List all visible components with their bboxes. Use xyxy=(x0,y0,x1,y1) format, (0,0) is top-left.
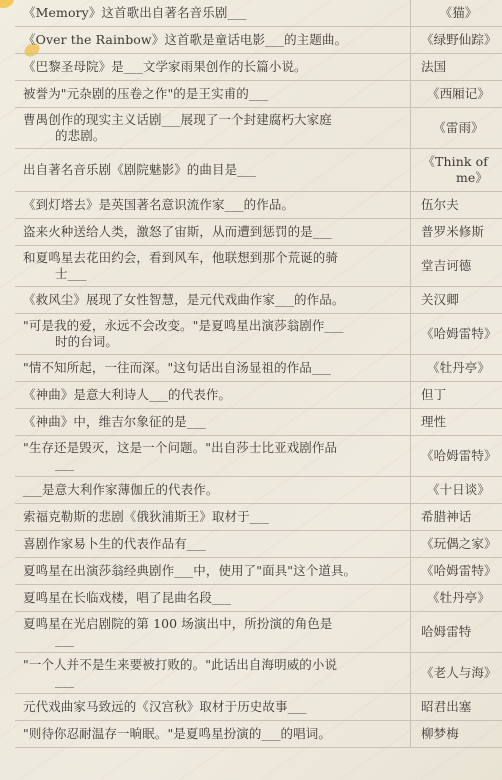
answer-cell: 《玩偶之家》 xyxy=(411,531,502,558)
question-cell: 《Memory》这首歌出自著名音乐剧___ xyxy=(15,0,411,27)
question-cell: 喜剧作家易卜生的代表作品有___ xyxy=(15,531,411,558)
question-text: "生存还是毁灭，这是一个问题。"出自莎士比亚戏剧作品 xyxy=(23,440,404,456)
question-cell: "生存还是毁灭，这是一个问题。"出自莎士比亚戏剧作品___ xyxy=(15,436,411,477)
question-text-continued: 士___ xyxy=(23,266,404,282)
answer-cell: 《雷雨》 xyxy=(411,108,502,149)
answer-cell: 《绿野仙踪》 xyxy=(411,27,502,54)
table-row: 《救风尘》展现了女性智慧，是元代戏曲作家___的作品。关汉卿 xyxy=(15,287,502,314)
question-text: 《巴黎圣母院》是___文学家雨果创作的长篇小说。 xyxy=(23,59,404,75)
question-text: 《神曲》中，维吉尔象征的是___ xyxy=(23,414,404,430)
answer-cell: 哈姆雷特 xyxy=(411,612,502,653)
answer-cell: 《哈姆雷特》 xyxy=(411,436,502,477)
answer-cell: 但丁 xyxy=(411,382,502,409)
table-row: 盗来火种送给人类，激怒了宙斯，从而遭到惩罚的是___普罗米修斯 xyxy=(15,219,502,246)
table-row: 出自著名音乐剧《剧院魅影》的曲目是___《Think of me》 xyxy=(15,149,502,192)
question-text: 《神曲》是意大利诗人___的代表作。 xyxy=(23,387,404,403)
question-cell: 夏鸣星在光启剧院的第 100 场演出中，所扮演的角色是___ xyxy=(15,612,411,653)
table-row: "生存还是毁灭，这是一个问题。"出自莎士比亚戏剧作品___《哈姆雷特》 xyxy=(15,436,502,477)
question-cell: "情不知所起，一往而深。"这句话出自汤显祖的作品___ xyxy=(15,355,411,382)
question-cell: 《救风尘》展现了女性智慧，是元代戏曲作家___的作品。 xyxy=(15,287,411,314)
table-row: "一个人并不是生来要被打败的。"此话出自海明威的小说___《老人与海》 xyxy=(15,653,502,694)
table-row: 和夏鸣星去花田约会，看到风车，他联想到那个荒诞的骑士___堂吉诃德 xyxy=(15,246,502,287)
question-text: 元代戏曲家马致远的《汉宫秋》取材于历史故事___ xyxy=(23,699,404,715)
question-cell: 《到灯塔去》是英国著名意识流作家___的作品。 xyxy=(15,192,411,219)
question-text: "可是我的爱，永远不会改变。"是夏鸣星出演莎翁剧作___ xyxy=(23,318,404,334)
answer-cell: 《牡丹亭》 xyxy=(411,585,502,612)
answer-cell: 《西厢记》 xyxy=(411,81,502,108)
question-text: 《救风尘》展现了女性智慧，是元代戏曲作家___的作品。 xyxy=(23,292,404,308)
question-text: 曹禺创作的现实主义话剧___展现了一个封建腐朽大家庭 xyxy=(23,112,404,128)
answer-cell: 关汉卿 xyxy=(411,287,502,314)
answer-cell: 普罗米修斯 xyxy=(411,219,502,246)
question-text: 夏鸣星在光启剧院的第 100 场演出中，所扮演的角色是 xyxy=(23,616,404,632)
question-cell: 曹禺创作的现实主义话剧___展现了一个封建腐朽大家庭的悲剧。 xyxy=(15,108,411,149)
table-row: 曹禺创作的现实主义话剧___展现了一个封建腐朽大家庭的悲剧。《雷雨》 xyxy=(15,108,502,149)
question-cell: 《Over the Rainbow》这首歌是童话电影___的主题曲。 xyxy=(15,27,411,54)
answer-cell: 《老人与海》 xyxy=(411,653,502,694)
question-text: "一个人并不是生来要被打败的。"此话出自海明威的小说 xyxy=(23,657,404,673)
question-text: 夏鸣星在出演莎翁经典剧作___中，使用了"面具"这个道具。 xyxy=(23,563,404,579)
question-cell: ___是意大利作家薄伽丘的代表作。 xyxy=(15,477,411,504)
question-cell: 元代戏曲家马致远的《汉宫秋》取材于历史故事___ xyxy=(15,694,411,721)
question-text: 盗来火种送给人类，激怒了宙斯，从而遭到惩罚的是___ xyxy=(23,224,404,240)
answer-cell: 希腊神话 xyxy=(411,504,502,531)
answer-cell: 法国 xyxy=(411,54,502,81)
quiz-answer-table: 《Memory》这首歌出自著名音乐剧___《猫》《Over the Rainbo… xyxy=(15,0,502,748)
question-cell: 《神曲》中，维吉尔象征的是___ xyxy=(15,409,411,436)
question-cell: "可是我的爱，永远不会改变。"是夏鸣星出演莎翁剧作___时的台词。 xyxy=(15,314,411,355)
question-cell: 《神曲》是意大利诗人___的代表作。 xyxy=(15,382,411,409)
table-row: "情不知所起，一往而深。"这句话出自汤显祖的作品___《牡丹亭》 xyxy=(15,355,502,382)
question-text: 索福克勒斯的悲剧《俄狄浦斯王》取材于___ xyxy=(23,509,404,525)
table-row: 《Memory》这首歌出自著名音乐剧___《猫》 xyxy=(15,0,502,27)
question-cell: 《巴黎圣母院》是___文学家雨果创作的长篇小说。 xyxy=(15,54,411,81)
answer-cell: 《牡丹亭》 xyxy=(411,355,502,382)
question-cell: 夏鸣星在长临戏楼，唱了昆曲名段___ xyxy=(15,585,411,612)
question-text: "则待你忍耐温存一晌眠。"是夏鸣星扮演的___的唱词。 xyxy=(23,726,404,742)
answer-cell: 堂吉诃德 xyxy=(411,246,502,287)
answer-cell: 《Think of me》 xyxy=(411,149,502,192)
question-cell: 夏鸣星在出演莎翁经典剧作___中，使用了"面具"这个道具。 xyxy=(15,558,411,585)
table-row: 《神曲》是意大利诗人___的代表作。但丁 xyxy=(15,382,502,409)
answer-cell: 《哈姆雷特》 xyxy=(411,558,502,585)
question-cell: 索福克勒斯的悲剧《俄狄浦斯王》取材于___ xyxy=(15,504,411,531)
question-text: 被誉为"元杂剧的压卷之作"的是王实甫的___ xyxy=(23,86,404,102)
table-row: 喜剧作家易卜生的代表作品有___《玩偶之家》 xyxy=(15,531,502,558)
answer-cell: 理性 xyxy=(411,409,502,436)
question-text: 出自著名音乐剧《剧院魅影》的曲目是___ xyxy=(23,162,404,178)
table-row: 《巴黎圣母院》是___文学家雨果创作的长篇小说。法国 xyxy=(15,54,502,81)
question-text-continued: 的悲剧。 xyxy=(23,128,404,144)
question-cell: "则待你忍耐温存一晌眠。"是夏鸣星扮演的___的唱词。 xyxy=(15,721,411,748)
question-text: ___是意大利作家薄伽丘的代表作。 xyxy=(23,482,404,498)
table-row: 元代戏曲家马致远的《汉宫秋》取材于历史故事___昭君出塞 xyxy=(15,694,502,721)
answer-cell: 《哈姆雷特》 xyxy=(411,314,502,355)
decorative-sticker xyxy=(0,0,14,8)
table-row: "可是我的爱，永远不会改变。"是夏鸣星出演莎翁剧作___时的台词。《哈姆雷特》 xyxy=(15,314,502,355)
table-row: 《神曲》中，维吉尔象征的是___理性 xyxy=(15,409,502,436)
answer-cell: 伍尔夫 xyxy=(411,192,502,219)
question-text-continued: ___ xyxy=(23,456,404,472)
table-row: 《Over the Rainbow》这首歌是童话电影___的主题曲。《绿野仙踪》 xyxy=(15,27,502,54)
question-text: 夏鸣星在长临戏楼，唱了昆曲名段___ xyxy=(23,590,404,606)
question-text: "情不知所起，一往而深。"这句话出自汤显祖的作品___ xyxy=(23,360,404,376)
table-row: ___是意大利作家薄伽丘的代表作。《十日谈》 xyxy=(15,477,502,504)
answer-cell: 柳梦梅 xyxy=(411,721,502,748)
question-text: 和夏鸣星去花田约会，看到风车，他联想到那个荒诞的骑 xyxy=(23,250,404,266)
question-text: 喜剧作家易卜生的代表作品有___ xyxy=(23,536,404,552)
question-text: 《Memory》这首歌出自著名音乐剧___ xyxy=(23,5,404,21)
table-row: 夏鸣星在光启剧院的第 100 场演出中，所扮演的角色是___哈姆雷特 xyxy=(15,612,502,653)
table-row: 夏鸣星在出演莎翁经典剧作___中，使用了"面具"这个道具。《哈姆雷特》 xyxy=(15,558,502,585)
question-text: 《Over the Rainbow》这首歌是童话电影___的主题曲。 xyxy=(23,32,404,48)
answer-cell: 《十日谈》 xyxy=(411,477,502,504)
question-text-continued: ___ xyxy=(23,632,404,648)
table-row: 《到灯塔去》是英国著名意识流作家___的作品。伍尔夫 xyxy=(15,192,502,219)
answer-cell: 《猫》 xyxy=(411,0,502,27)
answer-cell: 昭君出塞 xyxy=(411,694,502,721)
question-text-continued: 时的台词。 xyxy=(23,334,404,350)
table-row: 夏鸣星在长临戏楼，唱了昆曲名段___《牡丹亭》 xyxy=(15,585,502,612)
table-row: "则待你忍耐温存一晌眠。"是夏鸣星扮演的___的唱词。柳梦梅 xyxy=(15,721,502,748)
question-cell: 和夏鸣星去花田约会，看到风车，他联想到那个荒诞的骑士___ xyxy=(15,246,411,287)
table-row: 索福克勒斯的悲剧《俄狄浦斯王》取材于___希腊神话 xyxy=(15,504,502,531)
question-cell: "一个人并不是生来要被打败的。"此话出自海明威的小说___ xyxy=(15,653,411,694)
question-text-continued: ___ xyxy=(23,673,404,689)
question-cell: 被誉为"元杂剧的压卷之作"的是王实甫的___ xyxy=(15,81,411,108)
question-cell: 出自著名音乐剧《剧院魅影》的曲目是___ xyxy=(15,149,411,192)
question-cell: 盗来火种送给人类，激怒了宙斯，从而遭到惩罚的是___ xyxy=(15,219,411,246)
table-row: 被誉为"元杂剧的压卷之作"的是王实甫的___《西厢记》 xyxy=(15,81,502,108)
question-text: 《到灯塔去》是英国著名意识流作家___的作品。 xyxy=(23,197,404,213)
